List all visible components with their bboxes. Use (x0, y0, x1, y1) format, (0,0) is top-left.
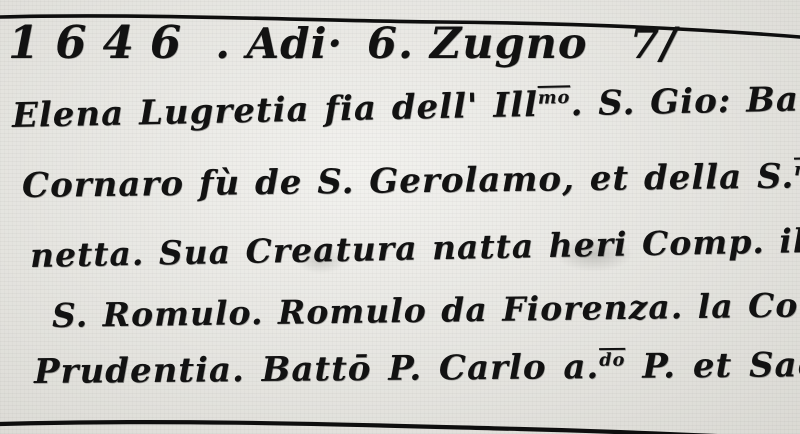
date-year: 1646 (8, 16, 197, 69)
date-adi: . Adi· (215, 19, 343, 68)
date-folio-number: 7/ (630, 19, 678, 69)
date-month-day: 6. Zugno (367, 19, 588, 69)
line-text: P. et Sac. (625, 345, 800, 387)
line-text: Prudentia. Battō P. Carlo a. (34, 347, 600, 392)
superscript-abbreviation: ra (794, 159, 800, 180)
superscript-abbreviation: do (599, 350, 625, 371)
superscript-abbreviation: mo (538, 87, 571, 109)
date-line: 1646. Adi·6. Zugno7/ (8, 16, 677, 69)
record-line-prudentia: Prudentia. Battō P. Carlo a.do P. et Sac… (34, 345, 800, 392)
manuscript-page: 1646. Adi·6. Zugno7/ Elena Lugretia fia … (0, 0, 800, 434)
line-text: . S. Gio: Battā (570, 78, 800, 124)
bottom-border-rule (0, 422, 800, 434)
